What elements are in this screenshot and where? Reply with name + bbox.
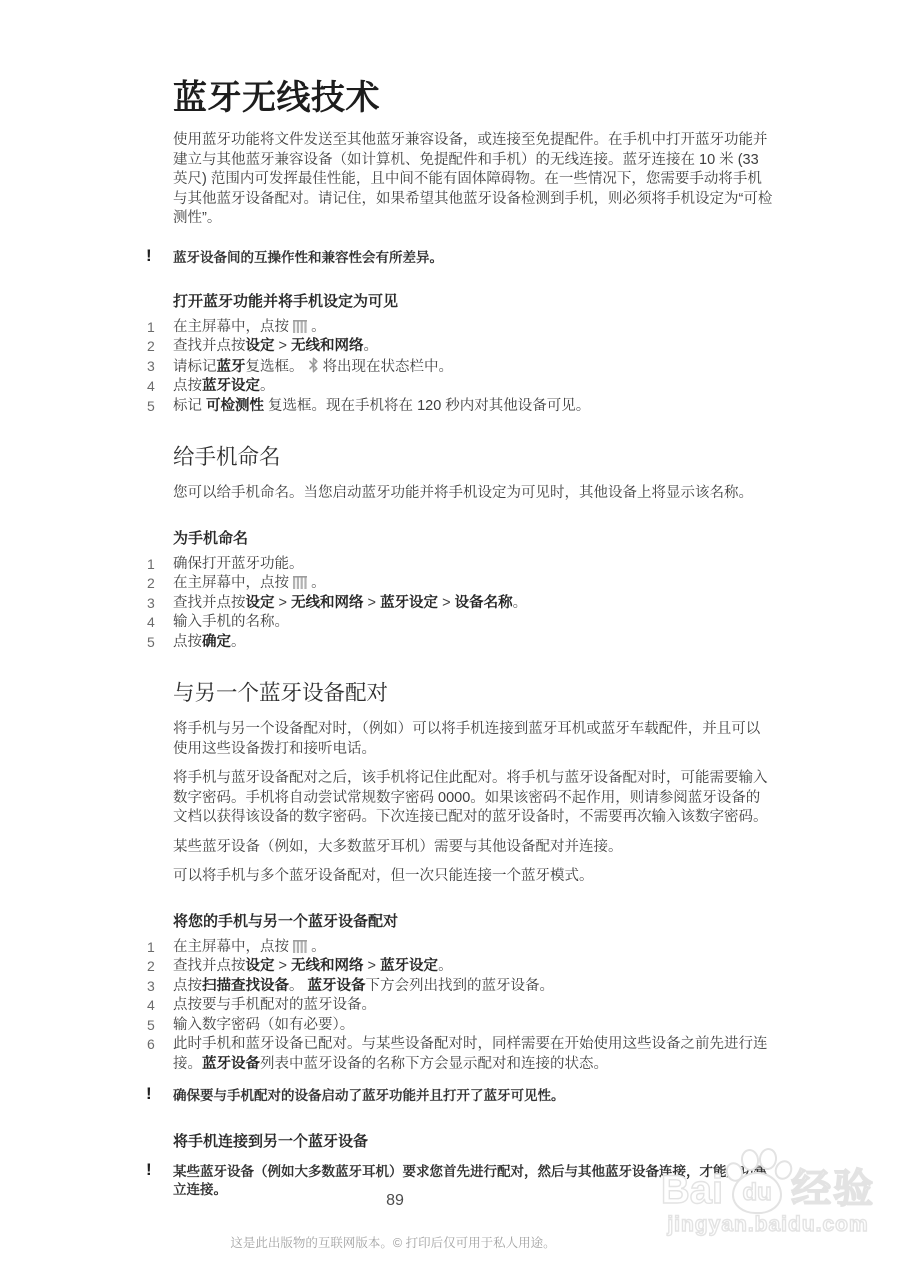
step-item: 5 输入数字密码（如有必要）。 <box>173 1016 773 1036</box>
step-text: 查找并点按设定 > 无线和网络 > 蓝牙设定 > 设备名称。 <box>173 595 527 611</box>
exclamation-icon: ! <box>146 247 152 265</box>
step-text: 输入数字密码（如有必要）。 <box>173 1017 354 1033</box>
step-item: 1 在主屏幕中，点按 。 <box>173 318 773 338</box>
step-item: 1 在主屏幕中，点按 。 <box>173 938 773 958</box>
apps-grid-icon <box>293 320 307 333</box>
step-text: 点按确定。 <box>173 634 246 650</box>
step-number: 1 <box>147 555 155 575</box>
step-text: 此时手机和蓝牙设备已配对。与某些设备配对时，同样需要在开始使用这些设备之前先进行… <box>173 1036 768 1072</box>
step-item: 2 查找并点按设定 > 无线和网络。 <box>173 337 773 357</box>
step-text: 在主屏幕中，点按 。 <box>173 319 326 335</box>
bluetooth-icon <box>308 357 319 373</box>
intro-paragraph: 使用蓝牙功能将文件发送至其他蓝牙兼容设备，或连接至免提配件。在手机中打开蓝牙功能… <box>173 131 773 229</box>
baidu-jingyan-watermark: Bai du 经验 jingyan.baidu.com <box>638 1146 898 1238</box>
step-text: 在主屏幕中，点按 。 <box>173 939 326 955</box>
note-pairing-visibility: ! 确保要与手机配对的设备启动了蓝牙功能并且打开了蓝牙可见性。 <box>173 1087 773 1105</box>
content-column: 蓝牙无线技术 使用蓝牙功能将文件发送至其他蓝牙兼容设备，或连接至免提配件。在手机… <box>173 0 773 1199</box>
exclamation-icon: ! <box>146 1085 152 1103</box>
step-text: 确保打开蓝牙功能。 <box>173 556 304 572</box>
step-text: 点按扫描查找设备。 蓝牙设备下方会列出找到的蓝牙设备。 <box>173 978 554 994</box>
heading-pair-with-device: 与另一个蓝牙设备配对 <box>173 680 773 707</box>
heading-name-your-phone: 给手机命名 <box>173 444 773 471</box>
step-text: 标记 可检测性 复选框。现在手机将在 120 秒内对其他设备可见。 <box>173 398 590 414</box>
paragraph-pairing-3: 某些蓝牙设备（例如，大多数蓝牙耳机）需要与其他设备配对并连接。 <box>173 838 773 858</box>
apps-grid-icon <box>293 576 307 589</box>
step-item: 4 输入手机的名称。 <box>173 613 773 633</box>
step-text: 查找并点按设定 > 无线和网络 > 蓝牙设定。 <box>173 958 453 974</box>
step-item: 5 点按确定。 <box>173 633 773 653</box>
baidu-paw-icon: du <box>726 1148 788 1212</box>
steps-turn-on-bluetooth: 1 在主屏幕中，点按 。 2 查找并点按设定 > 无线和网络。 3 请标记蓝牙复… <box>173 318 773 417</box>
step-number: 1 <box>147 938 155 958</box>
step-text: 点按蓝牙设定。 <box>173 378 275 394</box>
watermark-du-text: du <box>732 1172 782 1214</box>
paragraph-pairing-4: 可以将手机与多个蓝牙设备配对，但一次只能连接一个蓝牙模式。 <box>173 867 773 887</box>
exclamation-icon: ! <box>146 1161 152 1179</box>
step-item: 2 查找并点按设定 > 无线和网络 > 蓝牙设定。 <box>173 957 773 977</box>
document-page: 蓝牙无线技术 使用蓝牙功能将文件发送至其他蓝牙兼容设备，或连接至免提配件。在手机… <box>0 0 905 1280</box>
step-number: 5 <box>147 397 155 417</box>
step-item: 4 点按蓝牙设定。 <box>173 377 773 397</box>
step-number: 4 <box>147 996 155 1016</box>
steps-name-phone: 1 确保打开蓝牙功能。 2 在主屏幕中，点按 。 3 查找并点按设定 > 无线和… <box>173 555 773 653</box>
step-number: 5 <box>147 633 155 653</box>
step-text: 请标记蓝牙复选框。 将出现在状态栏中。 <box>173 359 453 375</box>
step-number: 5 <box>147 1016 155 1036</box>
step-text: 点按要与手机配对的蓝牙设备。 <box>173 997 376 1013</box>
paragraph-pairing-1: 将手机与另一个设备配对时，（例如）可以将手机连接到蓝牙耳机或蓝牙车载配件，并且可… <box>173 720 773 759</box>
heading-to-name-phone: 为手机命名 <box>173 529 773 548</box>
watermark-logo: Bai du 经验 <box>638 1146 898 1212</box>
note-interoperability: ! 蓝牙设备间的互操作性和兼容性会有所差异。 <box>173 249 773 267</box>
paragraph-name-your-phone: 您可以给手机命名。当您启动蓝牙功能并将手机设定为可见时，其他设备上将显示该名称。 <box>173 484 773 504</box>
step-item: 2 在主屏幕中，点按 。 <box>173 574 773 594</box>
step-item: 3 查找并点按设定 > 无线和网络 > 蓝牙设定 > 设备名称。 <box>173 594 773 614</box>
step-number: 2 <box>147 957 155 977</box>
apps-grid-icon <box>293 940 307 953</box>
step-text: 查找并点按设定 > 无线和网络。 <box>173 338 378 354</box>
watermark-bai-text: Bai <box>661 1168 723 1212</box>
steps-pair-phone: 1 在主屏幕中，点按 。 2 查找并点按设定 > 无线和网络 > 蓝牙设定。 3… <box>173 938 773 1075</box>
step-number: 4 <box>147 377 155 397</box>
note-text: 蓝牙设备间的互操作性和兼容性会有所差异。 <box>173 250 443 265</box>
step-number: 3 <box>147 977 155 997</box>
step-item: 5 标记 可检测性 复选框。现在手机将在 120 秒内对其他设备可见。 <box>173 397 773 417</box>
step-item: 1 确保打开蓝牙功能。 <box>173 555 773 575</box>
step-number: 3 <box>147 594 155 614</box>
step-number: 6 <box>147 1035 155 1055</box>
step-number: 3 <box>147 357 155 377</box>
step-item: 3 请标记蓝牙复选框。 将出现在状态栏中。 <box>173 357 773 378</box>
step-number: 2 <box>147 337 155 357</box>
watermark-jingyan-text: 经验 <box>791 1166 875 1212</box>
step-item: 3 点按扫描查找设备。 蓝牙设备下方会列出找到的蓝牙设备。 <box>173 977 773 997</box>
step-item: 4 点按要与手机配对的蓝牙设备。 <box>173 996 773 1016</box>
note-text: 确保要与手机配对的设备启动了蓝牙功能并且打开了蓝牙可见性。 <box>173 1088 565 1103</box>
step-number: 1 <box>147 318 155 338</box>
heading-to-pair-phone: 将您的手机与另一个蓝牙设备配对 <box>173 912 773 931</box>
heading-turn-on-bluetooth: 打开蓝牙功能并将手机设定为可见 <box>173 292 773 311</box>
step-item: 6 此时手机和蓝牙设备已配对。与某些设备配对时，同样需要在开始使用这些设备之前先… <box>173 1035 773 1074</box>
page-title: 蓝牙无线技术 <box>173 78 773 118</box>
step-number: 4 <box>147 613 155 633</box>
paragraph-pairing-2: 将手机与蓝牙设备配对之后，该手机将记住此配对。将手机与蓝牙设备配对时，可能需要输… <box>173 769 773 828</box>
step-text: 在主屏幕中，点按 。 <box>173 575 326 591</box>
step-text: 输入手机的名称。 <box>173 614 289 630</box>
watermark-url: jingyan.baidu.com <box>638 1212 898 1238</box>
step-number: 2 <box>147 574 155 594</box>
